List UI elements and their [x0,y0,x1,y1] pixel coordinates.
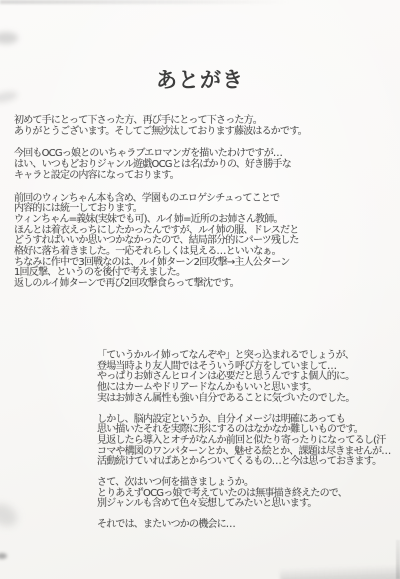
text-line: 内容的には統一しております。 [14,203,142,214]
scan-artifact-right-strip [396,540,400,579]
scanned-afterword-page: あとがき 初めて手にとって下さった方、再び手にとって下さった方。ありがとうござい… [0,0,400,579]
afterword-body-bottom-block: 「ていうかルイ姉ってなんぞや」と突っ込まれるでしょうが、登場当時より友人間ではそ… [97,351,391,541]
text-line: 返しのルイ姉ターンで再び2回攻撃食らって撃沈です。 [14,278,239,289]
scan-artifact-bottomright-band [280,564,400,579]
text-line: 今回もOCGっ娘とのいちゃラブエロマンガを描いたわけですが… [14,148,282,159]
page-title: あとがき [0,64,400,94]
scan-artifact-top-edge [0,0,290,4]
text-line: 活動続けていればあとからついてくるもの…と今は思っておきます。 [97,456,381,467]
text-line: 見返したら導入とオチがなんか前回と似たり寄ったりになってるし(汗 [97,435,385,446]
text-line: それでは、またいつかの機会に… [97,519,235,530]
paragraph: 前回のウィンちゃん本も含め、学園ものエロゲシチュってことで内容的には統一しており… [14,194,307,290]
paragraph: 今回もOCGっ娘とのいちゃラブエロマンガを描いたわけですが…はい、いつもどおりジ… [14,149,307,181]
paragraph: しかし、脳内設定というか、自分イメージは明確にあっても思い描いたそれを実際に形に… [97,415,391,469]
paragraph: 初めて手にとって下さった方、再び手にとって下さった方。ありがとうございます。そし… [14,116,307,137]
text-line: はい、いつもどおりジャンル遊戯OCGとは名ばかりの、好き勝手な [14,159,291,170]
text-line: ありがとうございます。そしてご無沙汰しております藤波はるかです。 [14,126,307,137]
paragraph: 「ていうかルイ姉ってなんぞや」と突っ込まれるでしょうが、登場当時より友人間ではそ… [97,351,391,405]
text-line: やっぱりお姉さんヒロインは必要だと思うんですよ個人的に。 [97,371,354,382]
text-line: 前回のウィンちゃん本も含め、学園ものエロゲシチュってことで [14,193,279,204]
text-line: 他にはカームやドリアードなんかもいいと思います。 [97,382,317,393]
paragraph: それでは、またいつかの機会に… [97,520,391,531]
scan-artifact-topleft-smudge [0,32,18,44]
text-line: 「ていうかルイ姉ってなんぞや」と突っ込まれるでしょうが、 [97,350,354,361]
text-line: さて、次はいつ何を描きましょうか。 [97,477,253,488]
text-line: どうすればいいか思いつかなかったので、結局部分的にパーツ残した [14,235,299,246]
text-line: コマや構図のワンパターンとか、魅せる絵とか、課題は尽きませんが… [97,446,391,457]
scan-artifact-bottomleft-mark [0,553,7,559]
text-line: 初めて手にとって下さった方、再び手にとって下さった方。 [14,115,262,126]
text-line: 実はお姉さん属性も強い自分であることに気づいたのでした。 [97,393,355,404]
text-line: キャラと設定の内容になっております。 [14,170,179,181]
text-line: 思い描いたそれを実際に形にするのはなかなか難しいものです。 [97,424,363,435]
paragraph: さて、次はいつ何を描きましょうか。とりあえずOCGっ娘で考えていたのは無事描き終… [97,478,391,510]
scan-artifact-bottomleft-streak [0,499,21,530]
text-line: 別ジャンルも含めて色々妄想してみたいと思います。 [97,498,317,509]
text-line: 格好に落ち着きました。一応それらしくは見える…といいなぁ。 [14,246,281,257]
text-line: 1回反撃、というのを後付で考えました。 [14,267,185,278]
text-line: ほんとは着衣えっちにしたかったんですが、ルイ姉の服、ドレスだと [14,225,298,236]
text-line: ウィンちゃん=義妹(実妹でも可)、ルイ姉=近所のお姉さん教師。 [14,214,283,225]
text-line: しかし、脳内設定というか、自分イメージは明確にあっても [97,414,345,425]
afterword-body-top-block: 初めて手にとって下さった方、再び手にとって下さった方。ありがとうございます。そし… [14,116,307,302]
